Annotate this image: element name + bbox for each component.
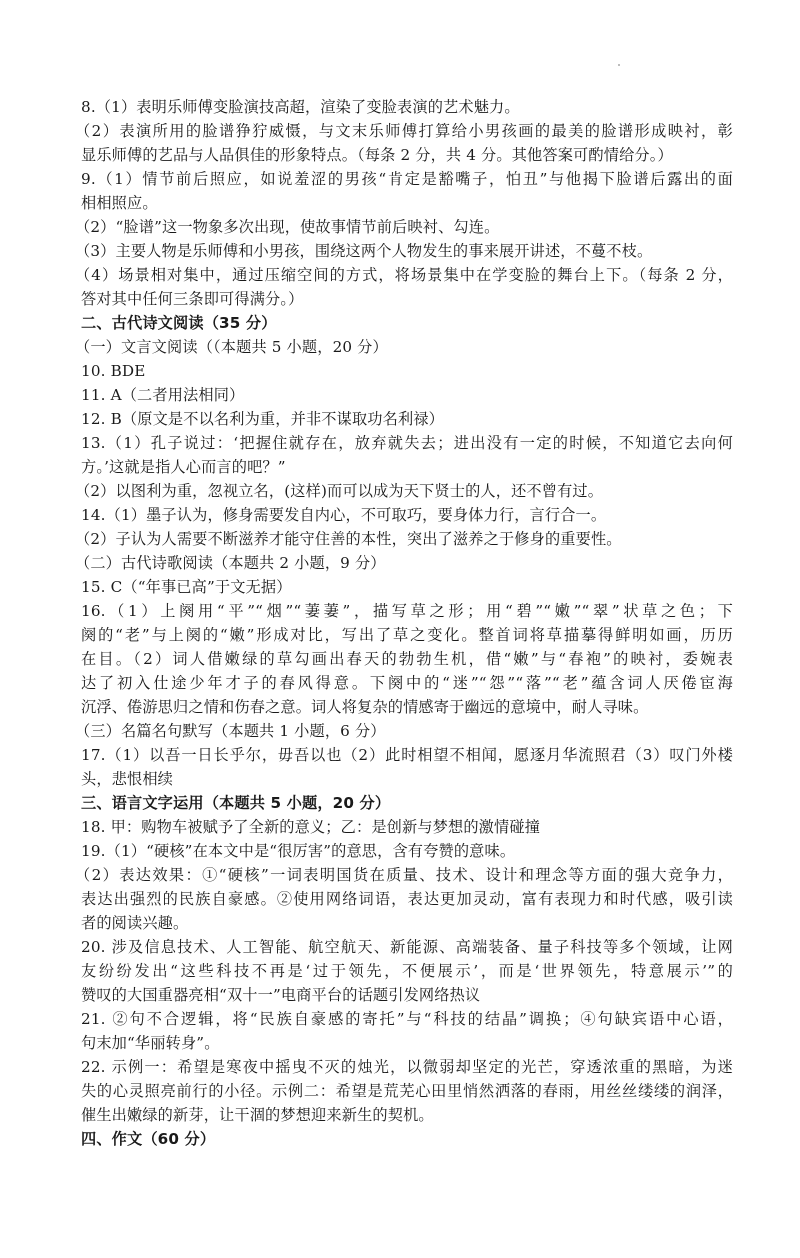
answer-line: 18. 甲：购物车被赋予了全新的意义；乙：是创新与梦想的激情碰撞 xyxy=(81,815,733,839)
answer-line: 9.（1）情节前后照应，如说羞涩的男孩“肯定是豁嘴子，怕丑”与他揭下脸谱后露出的… xyxy=(81,167,733,191)
answer-line: （4）场景相对集中，通过压缩空间的方式，将场景集中在学变脸的舞台上下。（每条 2… xyxy=(75,263,733,287)
section-heading: 二、古代诗文阅读（35 分） xyxy=(81,311,733,335)
answer-line: 16.（1）上阕用“平”“烟”“萋萋”，描写草之形；用“碧”“嫩”“翠”状草之色… xyxy=(81,599,733,623)
answer-line: （2）子认为人需要不断滋养才能守住善的本性，突出了滋养之于修身的重要性。 xyxy=(75,527,733,551)
answer-line: 15. C（“年事已高”于文无据） xyxy=(81,575,733,599)
answer-line: 表达出强烈的民族自豪感。②使用网络词语，表达更加灵动，富有表现力和时代感，吸引读 xyxy=(81,887,733,911)
answer-line: 20. 涉及信息技术、人工智能、航空航天、新能源、高端装备、量子科技等多个领域，… xyxy=(81,935,733,959)
answer-line: 赞叹的大国重器亮相“双十一”电商平台的话题引发网络热议 xyxy=(81,983,733,1007)
answer-line: 在目。（2）词人借嫩绿的草勾画出春天的勃勃生机，借“嫩”与“春袍”的映衬，委婉表 xyxy=(81,647,733,671)
answer-line: 方。’这就是指人心而言的吧？” xyxy=(81,455,733,479)
answer-line: 达了初入仕途少年才子的春风得意。下阕中的“迷”“怨”“落”“老”蕴含词人厌倦宦海 xyxy=(81,671,733,695)
answer-line: 10. BDE xyxy=(81,359,733,383)
answer-line: 显乐师傅的艺品与人品俱佳的形象特点。（每条 2 分，共 4 分。其他答案可酌情给… xyxy=(81,143,733,167)
answer-line: （2）以图利为重，忽视立名，(这样)而可以成为天下贤士的人，还不曾有过。 xyxy=(75,479,733,503)
answer-line: （2）表演所用的脸谱狰狞威慑，与文末乐师傅打算给小男孩画的最美的脸谱形成映衬，彰 xyxy=(75,119,733,143)
answer-line: 催生出嫩绿的新芽，让干涸的梦想迎来新生的契机。 xyxy=(81,1103,733,1127)
answer-key-document: 8.（1）表明乐师傅变脸演技高超，渲染了变脸表演的艺术魅力。（2）表演所用的脸谱… xyxy=(81,95,733,1151)
scan-artifact-dot xyxy=(618,64,620,66)
section-heading: 四、作文（60 分） xyxy=(81,1127,733,1151)
answer-line: （2）表达效果：①“硬核”一词表明国货在质量、技术、设计和理念等方面的强大竞争力… xyxy=(75,863,733,887)
answer-line: 13.（1）孔子说过：‘把握住就存在，放弃就失去；进出没有一定的时候，不知道它去… xyxy=(81,431,733,455)
answer-line: （一）文言文阅读（（本题共 5 小题，20 分） xyxy=(75,335,733,359)
answer-line: 14.（1）墨子认为，修身需要发自内心，不可取巧，要身体力行，言行合一。 xyxy=(81,503,733,527)
section-heading: 三、语言文字运用（本题共 5 小题，20 分） xyxy=(81,791,733,815)
answer-line: 12. B（原文是不以名利为重，并非不谋取功名利禄） xyxy=(81,407,733,431)
answer-line: （三）名篇名句默写（本题共 1 小题，6 分） xyxy=(75,719,733,743)
answer-line: 沉浮、倦游思归之情和伤春之意。词人将复杂的情感寄于幽远的意境中，耐人寻味。 xyxy=(81,695,733,719)
answer-line: 相相照应。 xyxy=(81,191,733,215)
answer-line: 19.（1）“硬核”在本文中是“很厉害”的意思，含有夸赞的意味。 xyxy=(81,839,733,863)
answer-line: 头，悲恨相续 xyxy=(81,767,733,791)
answer-line: 者的阅读兴趣。 xyxy=(81,911,733,935)
answer-line: 21. ②句不合逻辑，将“民族自豪感的寄托”与“科技的结晶”调换；④句缺宾语中心… xyxy=(81,1007,733,1031)
answer-line: （3）主要人物是乐师傅和小男孩，围绕这两个人物发生的事来展开讲述，不蔓不枝。 xyxy=(75,239,733,263)
answer-line: 友纷纷发出“这些科技不再是‘过于领先，不便展示’，而是‘世界领先，特意展示’”的 xyxy=(81,959,733,983)
answer-line: 阕的“老”与上阕的“嫩”形成对比，写出了草之变化。整首词将草描摹得鲜明如画，历历 xyxy=(81,623,733,647)
answer-line: 22. 示例一：希望是寒夜中摇曳不灭的烛光，以微弱却坚定的光芒，穿透浓重的黑暗，… xyxy=(81,1055,733,1079)
answer-line: 句末加“华丽转身”。 xyxy=(81,1031,733,1055)
answer-line: 答对其中任何三条即可得满分。） xyxy=(81,287,733,311)
answer-line: （二）古代诗歌阅读（本题共 2 小题，9 分） xyxy=(75,551,733,575)
answer-line: 11. A（二者用法相同） xyxy=(81,383,733,407)
answer-line: （2）“脸谱”这一物象多次出现，使故事情节前后映衬、勾连。 xyxy=(75,215,733,239)
answer-line: 失的心灵照亮前行的小径。示例二：希望是荒芜心田里悄然洒落的春雨，用丝丝缕缕的润泽… xyxy=(81,1079,733,1103)
answer-line: 8.（1）表明乐师傅变脸演技高超，渲染了变脸表演的艺术魅力。 xyxy=(81,95,733,119)
answer-line: 17.（1）以吾一日长乎尔，毋吾以也（2）此时相望不相闻，愿逐月华流照君（3）叹… xyxy=(81,743,733,767)
